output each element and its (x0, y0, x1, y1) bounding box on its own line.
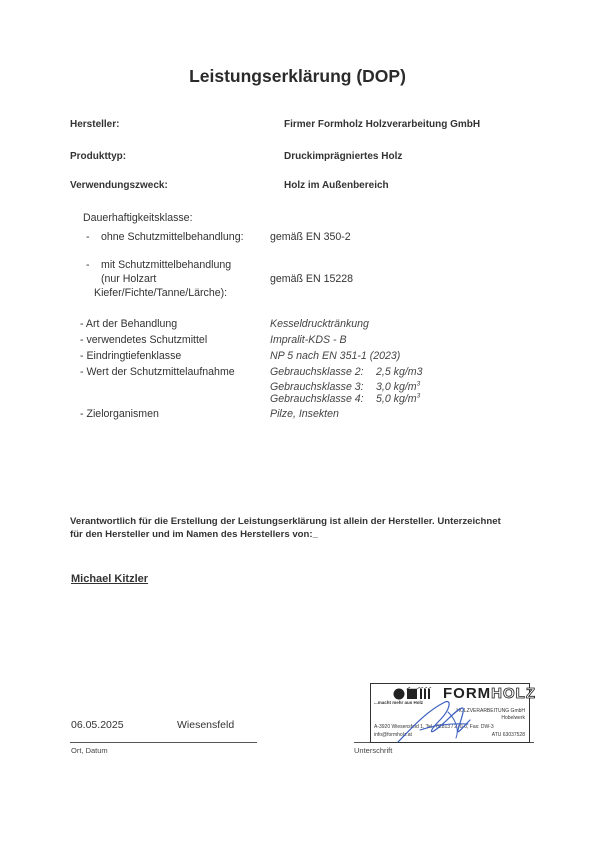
penetration-class-value: NP 5 nach EN 351-1 (2023) (270, 350, 400, 362)
company-stamp: FORMHOLZ ...macht mehr aus Holz HOLZVERA… (370, 683, 530, 743)
manufacturer-value: Firmer Formholz Holzverarbeitung GmbH (284, 119, 480, 130)
intended-use-label: Verwendungszweck: (70, 180, 168, 191)
durability-item-1-value: gemäß EN 350-2 (270, 231, 351, 243)
document-title: Leistungserklärung (DOP) (0, 66, 595, 87)
uptake-amount-3-sup: 3 (417, 380, 421, 387)
durability-item-1-label: ohne Schutzmittelbehandlung: (101, 231, 244, 243)
stamp-slogan: ...macht mehr aus Holz (374, 700, 423, 705)
signing-place: Wiesensfeld (177, 719, 234, 731)
uptake-amount-3-text: 3,0 kg/m (376, 381, 417, 393)
stamp-division: Hobelwerk (501, 715, 525, 721)
durability-item-2-value: gemäß EN 15228 (270, 273, 353, 285)
preservative-value: Impralit-KDS - B (270, 334, 347, 346)
signature-label: Unterschrift (354, 746, 392, 755)
manufacturer-label: Hersteller: (70, 119, 119, 130)
stamp-vat-number: ATU 63037528 (492, 732, 525, 738)
place-date-line (70, 742, 257, 743)
uptake-amount-3: 3,0 kg/m3 (376, 381, 420, 393)
preservative-label: - verwendetes Schutzmittel (80, 334, 207, 346)
uptake-amount-4-text: 5,0 kg/m (376, 393, 417, 405)
uptake-class-3: Gebrauchsklasse 3: (270, 381, 364, 393)
treatment-type-label: - Art der Behandlung (80, 318, 177, 330)
uptake-amount-2: 2,5 kg/m3 (376, 366, 423, 378)
stamp-brand-holz: HOLZ (491, 685, 536, 702)
uptake-amount-4: 5,0 kg/m3 (376, 393, 420, 405)
target-organisms-value: Pilze, Insekten (270, 408, 339, 420)
responsibility-statement-line2: für den Hersteller und im Namen des Hers… (70, 528, 318, 541)
intended-use-value: Holz im Außenbereich (284, 180, 389, 191)
durability-item-2-label-line3: Kiefer/Fichte/Tanne/Lärche): (94, 287, 227, 299)
uptake-class-2: Gebrauchsklasse 2: (270, 366, 364, 378)
stamp-address: A-3920 Wiesensfeld 1, Tel.: 02813 / 270-… (374, 724, 494, 730)
product-type-label: Produkttyp: (70, 151, 126, 162)
product-type-value: Druckimprägniertes Holz (284, 151, 402, 162)
treatment-type-value: Kesseldrucktränkung (270, 318, 369, 330)
stamp-email: info@formholz.at (374, 732, 412, 738)
target-organisms-label: - Zielorganismen (80, 408, 159, 420)
durability-dash-2: - (86, 259, 90, 271)
durability-dash-1: - (86, 231, 90, 243)
signing-date: 06.05.2025 (71, 719, 124, 731)
durability-heading: Dauerhaftigkeitsklasse: (83, 212, 193, 224)
durability-item-2-label-line1: mit Schutzmittelbehandlung (101, 259, 231, 271)
signatory-name: Michael Kitzler (71, 573, 148, 585)
uptake-class-4: Gebrauchsklasse 4: (270, 393, 364, 405)
uptake-amount-2-text: 2,5 kg/m3 (376, 366, 423, 378)
responsibility-statement-line1: Verantwortlich für die Erstellung der Le… (70, 515, 501, 528)
stamp-company: HOLZVERARBEITUNG GmbH (456, 708, 525, 714)
penetration-class-label: - Eindringtiefenklasse (80, 350, 181, 362)
place-date-label: Ort, Datum (71, 746, 108, 755)
stamp-brand-form: FORM (443, 685, 491, 702)
uptake-amount-4-sup: 3 (417, 392, 421, 399)
stamp-brand: FORMHOLZ (443, 685, 536, 702)
uptake-label: - Wert der Schutzmittelaufnahme (80, 366, 235, 378)
formholz-logo-icon (393, 687, 441, 700)
durability-item-2-label-line2: (nur Holzart (101, 273, 156, 285)
